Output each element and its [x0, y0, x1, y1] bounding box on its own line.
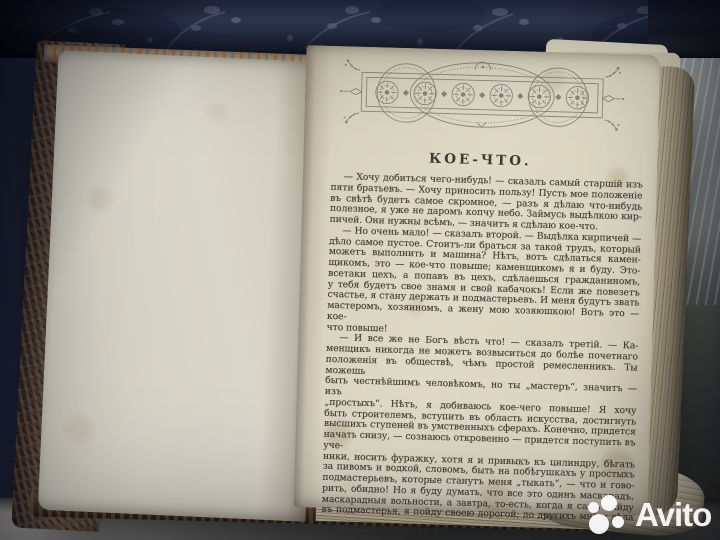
headpiece-ornament-icon: [332, 56, 632, 134]
left-blank-page: [38, 50, 327, 522]
text-block: — Хочу добиться чего-нибудь! — сказалъ с…: [321, 172, 642, 525]
avito-brand-label: Avito: [635, 496, 711, 534]
page-title: КОЕ-ЧТО.: [303, 147, 657, 173]
avito-circles-logo-icon: [588, 495, 630, 535]
avito-watermark: Avito: [588, 495, 711, 535]
book-photo-scene: КОЕ-ЧТО. — Хочу добиться чего-нибудь! — …: [0, 0, 720, 540]
right-printed-page: КОЕ-ЧТО. — Хочу добиться чего-нибудь! — …: [294, 45, 661, 517]
